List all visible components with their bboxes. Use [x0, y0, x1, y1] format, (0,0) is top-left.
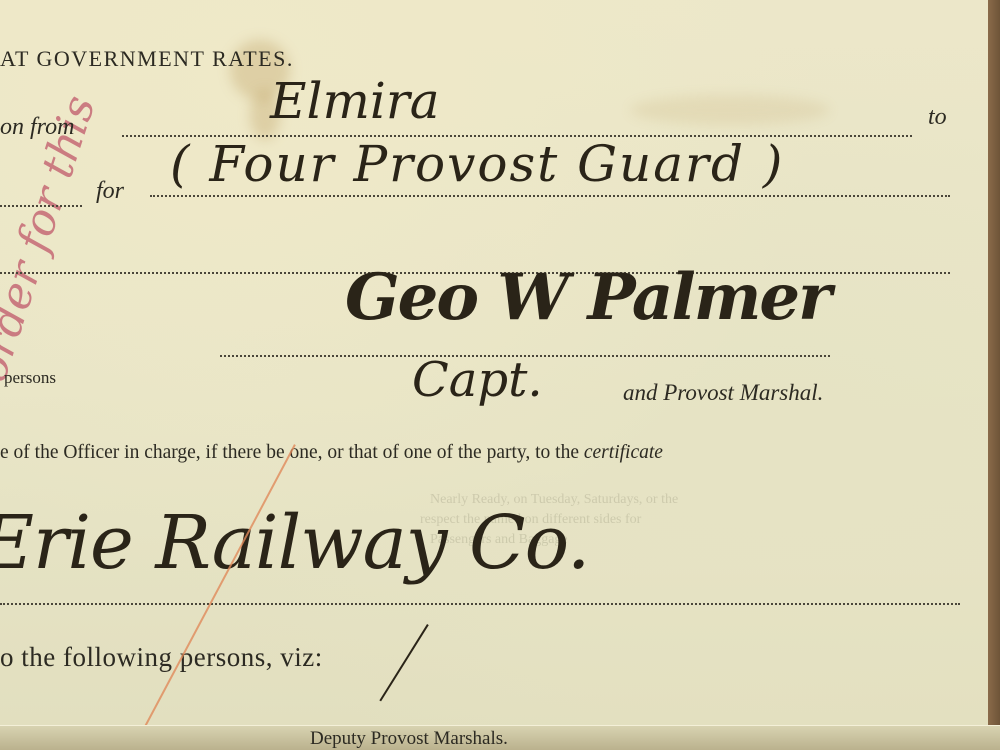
for-leading-dotted-line — [0, 205, 82, 207]
certificate-word: certificate — [584, 442, 663, 463]
following-persons-text: o the following persons, viz: — [0, 642, 323, 673]
railway-dotted-line — [0, 603, 960, 605]
officer-clause: e of the Officer in charge, if there be … — [0, 442, 663, 464]
for-value-handwritten: ( Four Provost Guard ) — [170, 135, 784, 193]
paper-stain — [630, 95, 830, 125]
for-label: for — [96, 178, 124, 205]
persons-label: persons — [4, 368, 56, 388]
railway-value-handwritten: Erie Railway Co. — [0, 500, 589, 586]
header-text: AT GOVERNMENT RATES. — [0, 46, 294, 72]
for-dotted-line — [150, 195, 950, 197]
title-printed: and Provost Marshal. — [623, 380, 823, 406]
margin-annotation: in order for this — [0, 89, 106, 441]
from-label: on from — [0, 114, 74, 141]
underlying-page-strip: Deputy Provost Marshals. — [0, 725, 1000, 750]
ink-stroke — [379, 624, 428, 701]
signature: Geo W Palmer — [345, 260, 830, 335]
to-label: to — [928, 104, 947, 131]
document-paper: AT GOVERNMENT RATES. in order for this o… — [0, 0, 988, 728]
paper-edge-background — [988, 0, 1000, 750]
from-value-handwritten: Elmira — [270, 72, 440, 130]
title-handwritten: Capt. — [412, 352, 543, 408]
pencil-stroke — [139, 444, 296, 736]
bottom-partial-text: Deputy Provost Marshals. — [310, 728, 508, 750]
